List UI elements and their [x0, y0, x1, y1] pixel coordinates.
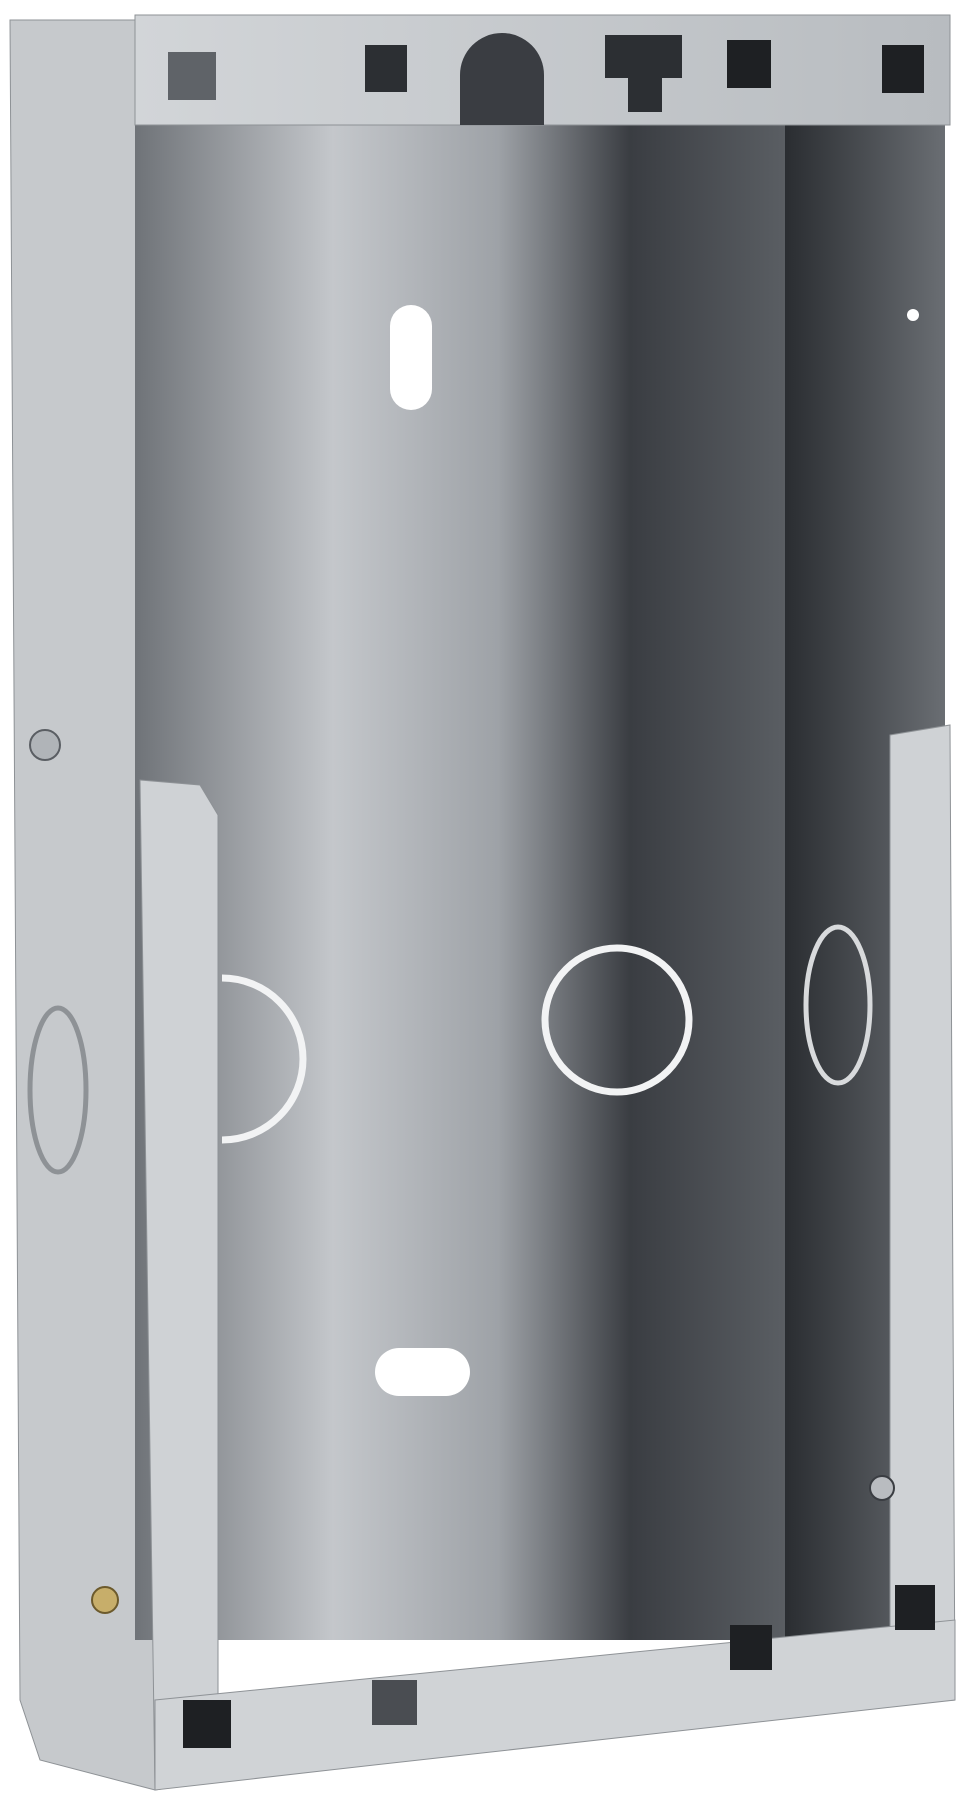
left-side-panel — [10, 20, 155, 1790]
bottom-flange-slot-2 — [372, 1680, 417, 1725]
upper-oval-slot — [390, 305, 432, 410]
top-flange-slot-2 — [365, 45, 407, 92]
corner-screw — [870, 1476, 894, 1500]
bottom-flange-slot-4 — [895, 1585, 935, 1630]
bottom-flange-slot-3 — [730, 1625, 772, 1670]
top-flange-slot-3 — [727, 40, 771, 88]
lower-oval-slot — [375, 1348, 470, 1396]
top-flange-slot-1 — [168, 52, 216, 100]
side-screw-lower — [92, 1587, 118, 1613]
top-flange-slot-4 — [882, 45, 924, 93]
right-wall-hole — [907, 309, 919, 321]
right-front-flange — [890, 725, 955, 1705]
back-box-photo — [0, 0, 964, 1797]
inner-back-wall — [135, 120, 795, 1640]
bottom-flange-slot-1 — [183, 1700, 231, 1748]
side-screw-upper — [30, 730, 60, 760]
top-flange-keyhole — [460, 33, 544, 125]
bottom-flange — [155, 1620, 955, 1790]
